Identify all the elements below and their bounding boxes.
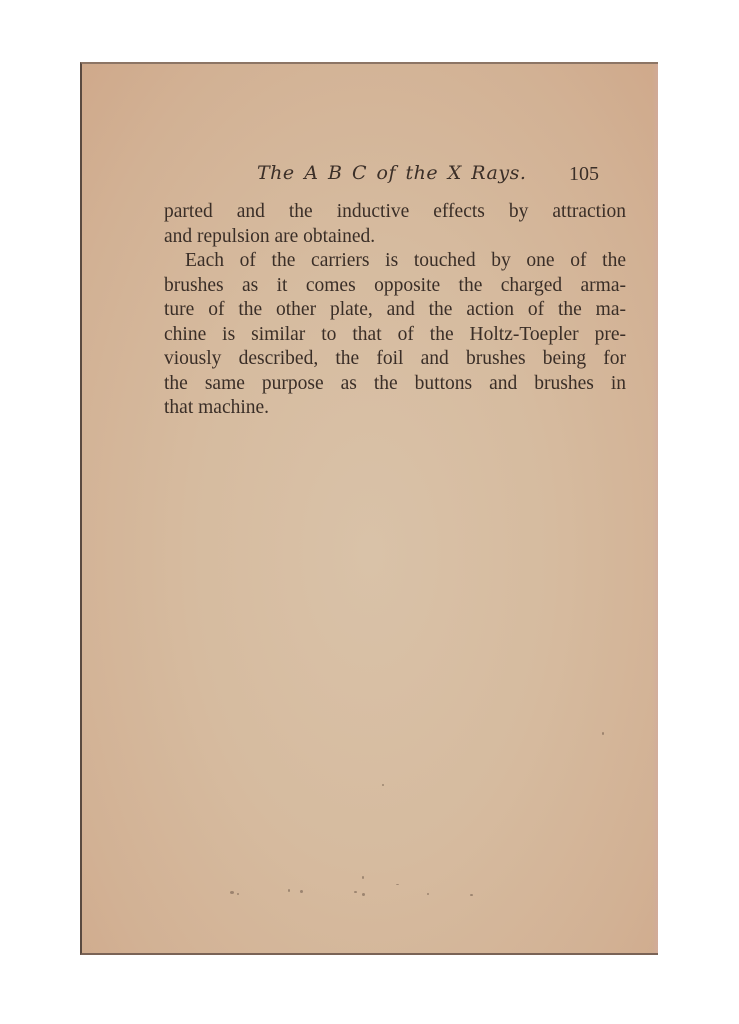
- page-number: 105: [569, 163, 599, 186]
- running-head-title: The A B C of the X Rays.: [257, 162, 526, 184]
- text-line: parted and the inductive effects by attr…: [164, 200, 626, 225]
- paragraph-1: parted and the inductive effects by attr…: [164, 200, 626, 249]
- text-line: that machine.: [164, 396, 626, 421]
- book-page: The A B C of the X Rays. 105 parted and …: [80, 62, 658, 955]
- paragraph-2: Each of the carriers is touched by one o…: [164, 249, 626, 421]
- text-line: the same purpose as the buttons and brus…: [164, 372, 626, 397]
- text-line: and repulsion are obtained.: [164, 225, 626, 250]
- text-line: ture of the other plate, and the action …: [164, 298, 626, 323]
- running-head: The A B C of the X Rays. 105: [82, 162, 660, 192]
- text-line: viously described, the foil and brushes …: [164, 347, 626, 372]
- body-text: parted and the inductive effects by attr…: [164, 200, 626, 421]
- text-line: brushes as it comes opposite the charged…: [164, 274, 626, 299]
- text-line: Each of the carriers is touched by one o…: [164, 249, 626, 274]
- text-line: chine is similar to that of the Holtz-To…: [164, 323, 626, 348]
